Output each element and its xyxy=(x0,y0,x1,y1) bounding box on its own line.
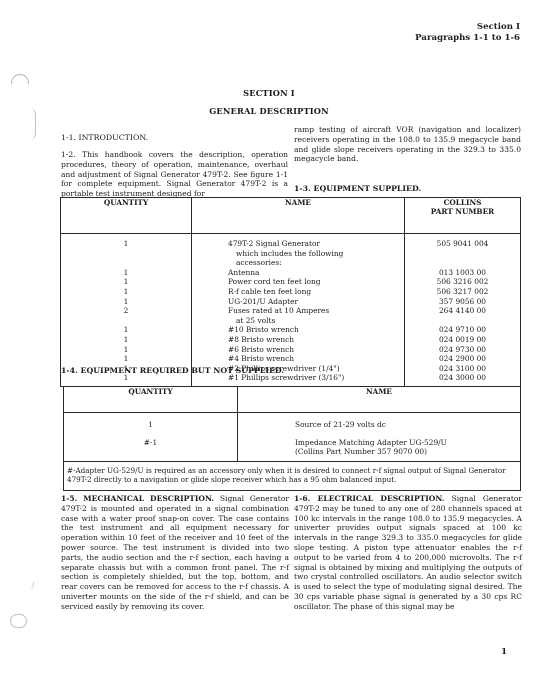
table-row: 1UG-201/U Adapter357 9056 00 xyxy=(61,297,521,307)
cell-name-text: Power cord ten feet long xyxy=(228,277,320,286)
cell-part-number: 505 9041 004 xyxy=(405,234,521,268)
cell-name-text: #6 Bristo wrench xyxy=(228,345,294,354)
paragraph-1-6: 1-6. ELECTRICAL DESCRIPTION. Signal Gene… xyxy=(294,494,522,612)
col-name: NAME xyxy=(192,198,405,234)
cell-name-text: #10 Bristo wrench xyxy=(228,325,299,334)
col-quantity: QUANTITY xyxy=(64,387,238,413)
cell-name-continuation: accessories: xyxy=(228,258,404,268)
cell-part-number: 024 3000 00 xyxy=(405,373,521,386)
cell-name: Power cord ten feet long xyxy=(192,277,405,287)
paragraph-1-5-text: Signal Generator 479T-2 is mounted and o… xyxy=(61,494,289,611)
cell-name-continuation: which includes the following xyxy=(228,249,404,259)
cell-name-line2: (Collins Part Number 357 9070 00) xyxy=(295,447,520,457)
header-paragraphs: Paragraphs 1-1 to 1-6 xyxy=(415,33,520,44)
cell-name-text: #8 Bristo wrench xyxy=(228,335,294,344)
table-row: 1#1 Phillips screwdriver (3/16")024 3000… xyxy=(61,373,521,386)
cell-name-line1: Impedance Matching Adapter UG-529/U xyxy=(295,438,520,448)
cell-qty: 1 xyxy=(64,413,238,430)
equipment-required-table: QUANTITY NAME 1 Source of 21-29 volts dc… xyxy=(63,386,521,491)
cell-name: Fuses rated at 10 Amperesat 25 volts xyxy=(192,306,405,325)
cell-qty: 1 xyxy=(61,297,192,307)
table-row: 1#8 Bristo wrench024 0019 00 xyxy=(61,335,521,345)
cell-name-text: #4 Bristo wrench xyxy=(228,354,294,363)
header-section: Section I xyxy=(415,22,520,33)
heading-equipment-not-supplied: 1-4. EQUIPMENT REQUIRED BUT NOT SUPPLIED… xyxy=(61,366,284,375)
cell-part-number: 506 3216 002 xyxy=(405,277,521,287)
cell-part-number: 024 9730 00 xyxy=(405,345,521,355)
scan-mark xyxy=(27,582,34,590)
cell-name-continuation: at 25 volts xyxy=(228,316,404,326)
table-header-row: QUANTITY NAME COLLINS PART NUMBER xyxy=(61,198,521,234)
cell-qty: 1 xyxy=(61,335,192,345)
table-row: 1Power cord ten feet long506 3216 002 xyxy=(61,277,521,287)
table-header-row: QUANTITY NAME xyxy=(64,387,521,413)
table-row: 1#10 Bristo wrench024 9710 00 xyxy=(61,325,521,335)
col-part-number-line1: COLLINS xyxy=(405,198,520,207)
equipment-supplied-table: QUANTITY NAME COLLINS PART NUMBER 1479T-… xyxy=(60,197,521,387)
paragraph-1-2-continued: ramp testing of aircraft VOR (navigation… xyxy=(294,125,521,164)
cell-qty: 1 xyxy=(61,287,192,297)
cell-part-number: 024 0019 00 xyxy=(405,335,521,345)
cell-part-number: 024 9710 00 xyxy=(405,325,521,335)
binder-hole-mark xyxy=(10,614,27,628)
col-part-number: COLLINS PART NUMBER xyxy=(405,198,521,234)
cell-qty: 1 xyxy=(61,345,192,355)
cell-name-text: Fuses rated at 10 Amperes xyxy=(228,306,329,315)
cell-part-number: 024 3100 00 xyxy=(405,364,521,374)
col-part-number-line2: PART NUMBER xyxy=(405,207,520,216)
paragraph-1-6-text: Signal Generator 479T-2 may be tuned to … xyxy=(294,494,522,611)
cell-name-text: R-f cable ten feet long xyxy=(228,287,311,296)
cell-name: #8 Bristo wrench xyxy=(192,335,405,345)
page-number: 1 xyxy=(501,647,507,657)
cell-name: #10 Bristo wrench xyxy=(192,325,405,335)
table-row: 1479T-2 Signal Generatorwhich includes t… xyxy=(61,234,521,268)
cell-name-text: 479T-2 Signal Generator xyxy=(228,239,320,248)
cell-qty: 2 xyxy=(61,306,192,325)
binder-hole-mark xyxy=(11,74,29,85)
cell-name: UG-201/U Adapter xyxy=(192,297,405,307)
table-row: #-1 Impedance Matching Adapter UG-529/U … xyxy=(64,430,521,462)
cell-qty: #-1 xyxy=(64,430,238,462)
cell-part-number: 264 4140 00 xyxy=(405,306,521,325)
col-name: NAME xyxy=(238,387,521,413)
cell-name: Source of 21-29 volts dc xyxy=(238,413,521,430)
table-row: 1 Source of 21-29 volts dc xyxy=(64,413,521,430)
cell-name: #6 Bristo wrench xyxy=(192,345,405,355)
cell-qty: 1 xyxy=(61,234,192,268)
table-note-row: #-Adapter UG-529/U is required as an acc… xyxy=(64,461,521,490)
paragraph-1-5: 1-5. MECHANICAL DESCRIPTION. Signal Gene… xyxy=(61,494,289,612)
table-row: 1Antenna013 1003 00 xyxy=(61,268,521,278)
cell-part-number: 024 2900 00 xyxy=(405,354,521,364)
heading-equipment-supplied: 1-3. EQUIPMENT SUPPLIED. xyxy=(294,184,421,193)
section-subtitle: GENERAL DESCRIPTION xyxy=(0,106,538,116)
cell-name: #1 Phillips screwdriver (3/16") xyxy=(192,373,405,386)
table-footnote: #-Adapter UG-529/U is required as an acc… xyxy=(64,461,521,490)
cell-name-text: Antenna xyxy=(228,268,259,277)
cell-name: Antenna xyxy=(192,268,405,278)
cell-qty: 1 xyxy=(61,373,192,386)
cell-name-text: UG-201/U Adapter xyxy=(228,297,298,306)
heading-mechanical: 1-5. MECHANICAL DESCRIPTION. xyxy=(61,494,214,503)
heading-electrical: 1-6. ELECTRICAL DESCRIPTION. xyxy=(294,494,444,503)
cell-name: #4 Bristo wrench xyxy=(192,354,405,364)
table-row: 1#4 Bristo wrench024 2900 00 xyxy=(61,354,521,364)
heading-introduction: 1-1. INTRODUCTION. xyxy=(61,133,148,142)
cell-name: 479T-2 Signal Generatorwhich includes th… xyxy=(192,234,405,268)
table-row: 1#6 Bristo wrench024 9730 00 xyxy=(61,345,521,355)
cell-qty: 1 xyxy=(61,268,192,278)
cell-name: Impedance Matching Adapter UG-529/U (Col… xyxy=(238,430,521,462)
cell-part-number: 506 3217 002 xyxy=(405,287,521,297)
col-quantity: QUANTITY xyxy=(61,198,192,234)
cell-qty: 1 xyxy=(61,277,192,287)
section-title: SECTION I xyxy=(0,88,538,98)
table-row: 1R-f cable ten feet long506 3217 002 xyxy=(61,287,521,297)
cell-part-number: 013 1003 00 xyxy=(405,268,521,278)
table-row: 2Fuses rated at 10 Amperesat 25 volts264… xyxy=(61,306,521,325)
cell-qty: 1 xyxy=(61,354,192,364)
cell-qty: 1 xyxy=(61,325,192,335)
cell-name: R-f cable ten feet long xyxy=(192,287,405,297)
running-header: Section I Paragraphs 1-1 to 1-6 xyxy=(415,22,520,44)
cell-part-number: 357 9056 00 xyxy=(405,297,521,307)
paragraph-1-2: 1-2. This handbook covers the descriptio… xyxy=(61,150,288,199)
